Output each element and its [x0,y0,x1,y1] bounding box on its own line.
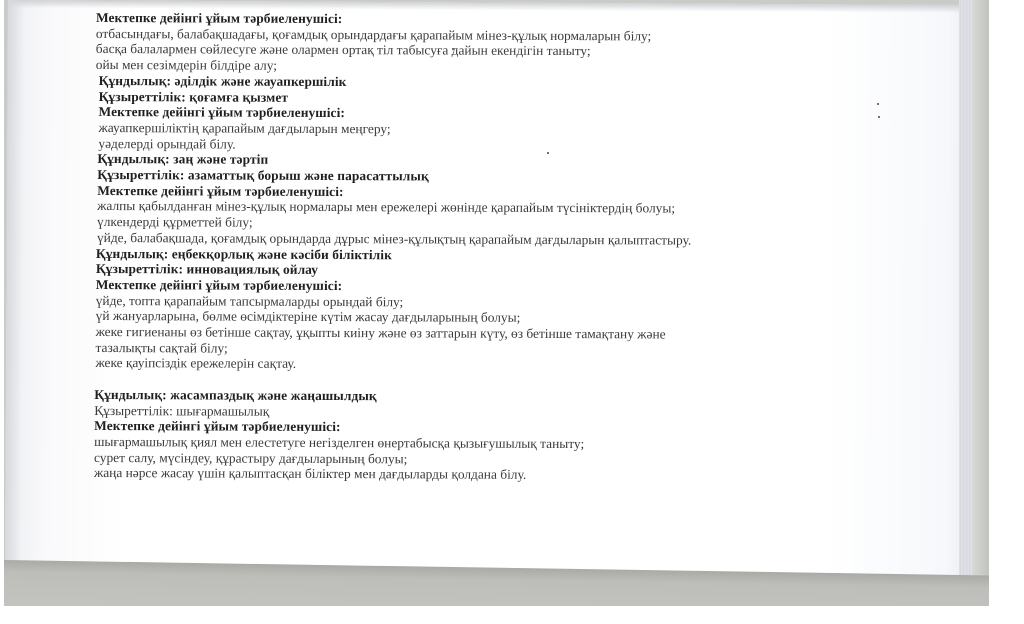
scan-speck [877,103,879,105]
scan-speck [878,116,880,118]
scanned-page: Мектепке дейінгі ұйым тәрбиеленушісі:отб… [4,0,989,606]
stacked-page-edges [959,0,973,600]
body-text-line: жеке қауіпсіздік ережелерін сақтау. [95,355,835,374]
body-text-line: жаңа нәрсе жасау үшін қалыптасқан білікт… [94,465,834,484]
page-left-shadow [5,0,24,580]
document-body: Мектепке дейінгі ұйым тәрбиеленушісі:отб… [98,10,840,484]
scanner-right-border [973,0,989,606]
